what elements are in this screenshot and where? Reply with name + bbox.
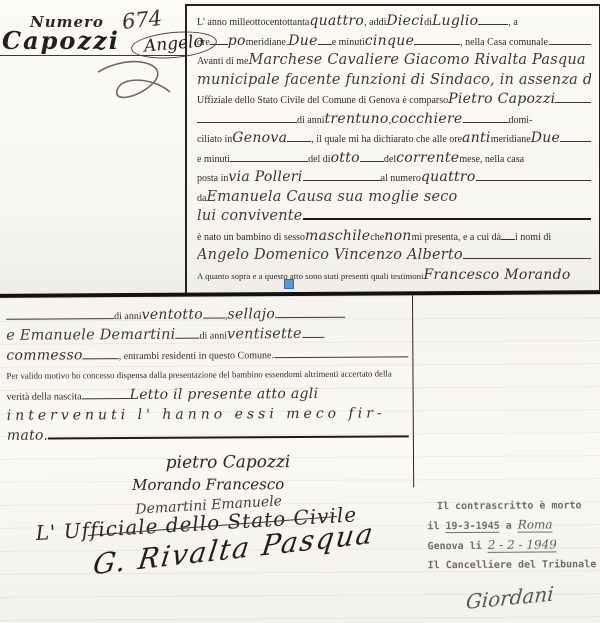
printed-text: meridiane: [491, 130, 531, 149]
printed-text: che: [370, 228, 384, 247]
handwritten-text: Francesco Morando: [423, 266, 570, 286]
blank-rule: [550, 35, 591, 45]
doc-line: ore pomeridiane. Due e minuti cinque , n…: [197, 32, 591, 52]
handwritten-text: sellajo: [227, 304, 275, 324]
printed-text: , entrambi residenti in questo Comune.: [119, 346, 274, 366]
printed-text: è nato un bambino di sesso: [197, 228, 305, 247]
doc-line: municipale facente funzioni di Sindaco, …: [197, 71, 591, 91]
handwritten-text: Letto il presente atto agli: [130, 384, 319, 405]
printed-text: Per valido motivo ho concesso dispensa d…: [6, 363, 391, 385]
page2-vertical-rule: [412, 295, 414, 487]
handwritten-text: corrente: [396, 149, 459, 169]
stamp-line-2: il 19-3-1945 a Roma: [427, 515, 591, 536]
stamp-genova-li: Genova li: [428, 541, 482, 552]
handwritten-text: Luglio: [432, 12, 478, 32]
doc-line: ciliato in Genova , il quale mi ha dichi…: [197, 129, 591, 149]
handwritten-text: non: [384, 227, 411, 247]
blank-rule: [274, 347, 408, 358]
death-date: 19-3-1945: [445, 521, 499, 533]
surname-handwriting: Capozzi: [2, 26, 120, 55]
doc-line: commesso , entrambi residenti in questo …: [6, 343, 408, 365]
doc-line: posta in via Polleri al numero quattro: [197, 168, 591, 188]
printed-text: ore: [197, 33, 210, 52]
blank-rule: [210, 35, 228, 45]
printed-text: al numero: [381, 169, 421, 188]
blank-rule: [197, 113, 297, 123]
document-scan-view: { "colors": { "ink": "#37322b", "printed…: [0, 0, 600, 623]
handwritten-text: Pietro Capozzi: [448, 90, 555, 110]
handwritten-text: via Polleri: [228, 168, 302, 188]
blank-rule: [560, 132, 591, 142]
page1-lines: L' anno milleottocentottanta quattro , a…: [197, 12, 591, 285]
printed-text: del: [384, 150, 396, 169]
doc-line: è nato un bambino di sesso maschile che …: [197, 227, 591, 247]
handwritten-text: maschile: [305, 227, 370, 247]
printed-text: meridiane.: [246, 33, 288, 52]
blank-rule: [303, 171, 381, 181]
handwritten-text: municipale facente funzioni di Sindaco, …: [197, 71, 591, 91]
handwritten-text: Emanuela Causa sua moglie seco: [206, 188, 457, 208]
printed-text: Avanti di me: [197, 52, 248, 71]
doc-line: A quanto sopra e a questo atto sono stat…: [197, 266, 591, 286]
doc-line: L' anno milleottocentottanta quattro , a…: [197, 12, 591, 32]
handwritten-text: Marchese Cavaliere Giacomo Rivalta Pasqu…: [248, 51, 591, 71]
handwritten-text: Angelo Domenico Vincenzo Alberto: [197, 246, 463, 266]
handwritten-text: e Emanuele Demartini: [6, 325, 175, 346]
page2-lines: di anni ventotto , sellajoe Emanuele Dem…: [6, 303, 409, 445]
doc-line: e minuti del dì otto del corrente mese, …: [197, 149, 591, 169]
handwritten-text: Genova: [232, 129, 287, 149]
printed-text: di: [424, 13, 432, 32]
birth-record-page-1: Numero 674 Capozzi Angelo L' anno milleo…: [0, 0, 600, 293]
printed-text: , il quale mi ha dichiarato che alle ore: [311, 130, 462, 149]
blank-rule: [555, 93, 591, 103]
handwritten-text: otto: [331, 149, 360, 169]
printed-text: mese, nella casa: [459, 150, 524, 169]
printed-text: L' anno milleottocentottanta: [197, 13, 309, 32]
printed-text: , nella Casa comunale.: [460, 33, 550, 52]
printed-text: , addì: [364, 13, 386, 32]
signature-witness-1: Morando Francesco: [7, 474, 409, 494]
doc-line: di anni ventotto , sellajo: [6, 303, 408, 325]
blank-rule: [203, 308, 225, 318]
handwritten-text: Due: [288, 32, 317, 52]
page1-form-box: L' anno milleottocentottanta quattro , a…: [185, 4, 600, 293]
handwritten-text: trentuno: [325, 110, 389, 130]
handwritten-text: lui convivente: [197, 207, 303, 227]
blank-rule: [501, 230, 515, 240]
signature-declarant: pietro Capozzi: [7, 451, 409, 473]
handwritten-text: po: [228, 32, 246, 52]
printed-text: domi-: [509, 111, 533, 130]
stamp-line-4: Il Cancelliere del Tribunale: [428, 555, 592, 575]
blank-rule: [230, 152, 308, 162]
blank-rule: [175, 329, 199, 339]
handwritten-text: mato.: [7, 426, 49, 446]
blank-rule: [463, 113, 509, 123]
printed-text: e minuti: [332, 33, 365, 52]
death-annotation-stamp: Il contrascritto è morto il 19-3-1945 a …: [427, 496, 592, 608]
printed-text: del dì: [308, 150, 331, 169]
pen-flourish: [92, 58, 178, 110]
blank-rule: [48, 427, 409, 439]
birth-record-page-2: di anni ventotto , sellajoe Emanuele Dem…: [0, 290, 600, 623]
handwritten-text: anti: [462, 129, 491, 149]
blank-rule: [287, 132, 311, 142]
handwritten-text: Dieci: [386, 12, 424, 32]
printed-text: e minuti: [197, 150, 230, 169]
printed-text: di anni: [297, 111, 325, 130]
doc-line: Uffiziale dello Stato Civile del Comune …: [197, 90, 591, 110]
blank-rule: [414, 35, 460, 45]
handwritten-text: cocchiere: [391, 110, 462, 130]
stamp-line-1: Il contrascritto è morto: [427, 496, 591, 516]
blank-rule: [83, 349, 119, 359]
doc-line: da Emanuela Causa sua moglie seco: [197, 188, 591, 208]
handwritten-text: Due: [531, 129, 560, 149]
blank-rule: [275, 308, 345, 318]
handwritten-text: commesso: [6, 345, 82, 365]
printed-text: ciliato in: [197, 130, 232, 149]
blank-rule: [463, 249, 591, 259]
doc-line: Per valido motivo ho concesso dispensa d…: [6, 363, 408, 385]
doc-line: Avanti di me Marchese Cavaliere Giacomo …: [197, 51, 591, 71]
handwritten-text: quattro: [309, 12, 364, 32]
doc-line: e Emanuele Demartini di anni ventisette: [6, 323, 408, 345]
handwritten-text: intervenuti l' hanno essi meco fir-: [7, 403, 386, 425]
blank-rule: [360, 152, 384, 162]
handwritten-text: ventotto: [142, 305, 203, 325]
printed-text: di anni: [199, 326, 227, 345]
handwritten-text: quattro: [421, 168, 476, 188]
handwritten-text: cinque: [365, 32, 414, 52]
doc-line: mato.: [7, 423, 409, 445]
printed-text: , a: [508, 13, 517, 32]
doc-line: intervenuti l' hanno essi meco fir-: [7, 403, 409, 425]
stamp-line-3: Genova li 2 - 2 - 1949: [427, 535, 591, 556]
clerk-signature: Giordani: [427, 581, 592, 616]
doc-line: verità della nascita Letto il presente a…: [7, 383, 409, 405]
blank-rule: [6, 309, 114, 320]
handwritten-text: ventisette: [227, 324, 302, 344]
blank-rule: [302, 328, 324, 338]
page1-left-margin: Numero 674 Capozzi Angelo: [0, 0, 185, 293]
blank-rule: [82, 389, 130, 399]
annotation-date-handwriting: 2 - 2 - 1949: [488, 537, 557, 552]
stamp-il: il: [427, 521, 439, 532]
blank-rule: [476, 171, 591, 181]
doc-line: lui convivente: [197, 207, 591, 227]
death-place-handwriting: Roma: [518, 517, 553, 532]
margin-underline: [0, 55, 185, 56]
page2-text-block: di anni ventotto , sellajoe Emanuele Dem…: [6, 303, 409, 445]
blank-rule: [318, 35, 332, 45]
doc-line: di anni trentuno , cocchiere domi-: [197, 110, 591, 130]
stamp-a: a: [506, 521, 512, 532]
resize-handle[interactable]: [284, 279, 294, 289]
printed-text: posta in: [197, 169, 228, 188]
printed-text: A quanto sopra e a questo atto sono stat…: [197, 267, 423, 286]
printed-text: mi presenta, e a cui dà: [412, 228, 501, 247]
printed-text: verità della nascita: [7, 387, 82, 405]
printed-text: Uffiziale dello Stato Civile del Comune …: [197, 91, 448, 110]
blank-rule: [303, 210, 591, 220]
blank-rule: [478, 15, 508, 25]
printed-text: di anni: [114, 307, 142, 326]
printed-text: i nomi di: [515, 228, 551, 247]
doc-line: Angelo Domenico Vincenzo Alberto: [197, 246, 591, 266]
